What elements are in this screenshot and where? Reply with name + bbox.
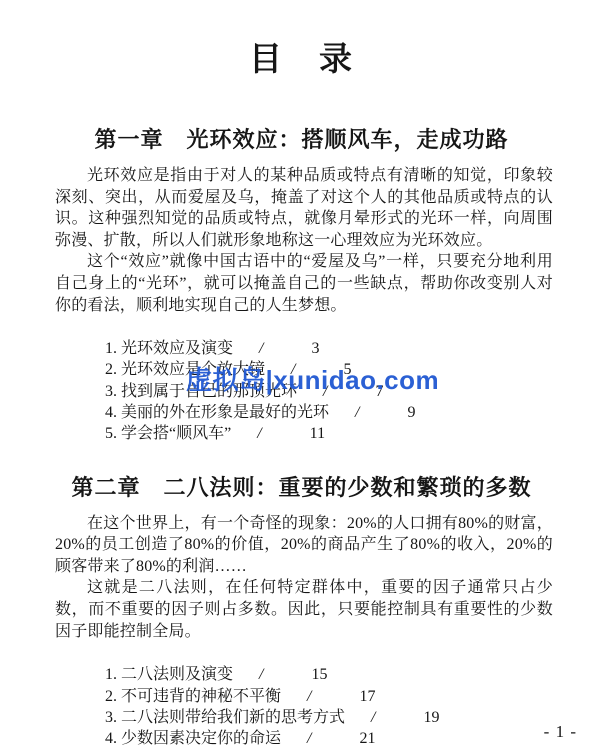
chapter-1-heading: 第一章 光环效应：搭顺风车，走成功路 xyxy=(0,123,603,154)
toc-item-label: 5. 学会搭“顺风车” xyxy=(105,425,231,442)
toc-page-number: 3 xyxy=(311,338,319,359)
watermark: 虚拟岛|xunidao.com xyxy=(186,360,439,397)
toc-page-number: 21 xyxy=(359,728,375,749)
chapter-2-toc-list: 1. 二八法则及演变 / 15 2. 不可违背的神秘不平衡 / 17 3. 二八… xyxy=(105,664,603,749)
toc-page-number: 15 xyxy=(311,664,327,685)
toc-item: 1. 二八法则及演变 / 15 xyxy=(105,664,603,685)
toc-separator: / xyxy=(259,338,263,359)
chapter-1-paragraph: 光环效应是指由于对人的某种品质或特点有清晰的知觉，印象较深刻、突出，从而爱屋及乌… xyxy=(55,165,553,251)
toc-item: 2. 不可违背的神秘不平衡 / 17 xyxy=(105,686,603,707)
toc-item: 1. 光环效应及演变 / 3 xyxy=(105,338,603,359)
toc-item-label: 4. 美丽的外在形象是最好的光环 xyxy=(105,404,329,421)
chapter-2-intro: 在这个世界上，有一个奇怪的现象：20%的人口拥有80%的财富，20%的员工创造了… xyxy=(55,513,553,643)
page-number: - 1 - xyxy=(544,722,577,742)
toc-item-label: 2. 不可违背的神秘不平衡 xyxy=(105,688,281,705)
toc-separator: / xyxy=(307,686,311,707)
toc-item: 5. 学会搭“顺风车” / 11 xyxy=(105,423,603,444)
toc-item-label: 3. 二八法则带给我们新的思考方式 xyxy=(105,709,345,726)
chapter-2-paragraph: 在这个世界上，有一个奇怪的现象：20%的人口拥有80%的财富，20%的员工创造了… xyxy=(55,513,553,578)
toc-page-number: 17 xyxy=(359,686,375,707)
toc-separator: / xyxy=(355,402,359,423)
toc-separator: / xyxy=(371,707,375,728)
toc-separator: / xyxy=(307,728,311,749)
chapter-2-heading: 第二章 二八法则：重要的少数和繁琐的多数 xyxy=(0,471,603,502)
toc-item: 4. 美丽的外在形象是最好的光环 / 9 xyxy=(105,402,603,423)
toc-separator: / xyxy=(257,423,261,444)
book-page: 目 录 第一章 光环效应：搭顺风车，走成功路 光环效应是指由于对人的某种品质或特… xyxy=(0,0,603,752)
toc-item: 3. 二八法则带给我们新的思考方式 / 19 xyxy=(105,707,603,728)
toc-page-number: 9 xyxy=(407,402,415,423)
toc-page-number: 19 xyxy=(423,707,439,728)
chapter-2-paragraph: 这就是二八法则，在任何特定群体中，重要的因子通常只占少数，而不重要的因子则占多数… xyxy=(55,577,553,642)
page-title: 目 录 xyxy=(0,0,603,80)
toc-item-label: 1. 光环效应及演变 xyxy=(105,340,233,357)
toc-item: 4. 少数因素决定你的命运 / 21 xyxy=(105,728,603,749)
toc-page-number: 11 xyxy=(310,423,325,444)
toc-item-label: 4. 少数因素决定你的命运 xyxy=(105,730,281,747)
chapter-1-intro: 光环效应是指由于对人的某种品质或特点有清晰的知觉，印象较深刻、突出，从而爱屋及乌… xyxy=(55,165,553,316)
chapter-1-paragraph: 这个“效应”就像中国古语中的“爱屋及乌”一样，只要充分地利用自己身上的“光环”，… xyxy=(55,251,553,316)
toc-separator: / xyxy=(259,664,263,685)
toc-item-label: 1. 二八法则及演变 xyxy=(105,666,233,683)
